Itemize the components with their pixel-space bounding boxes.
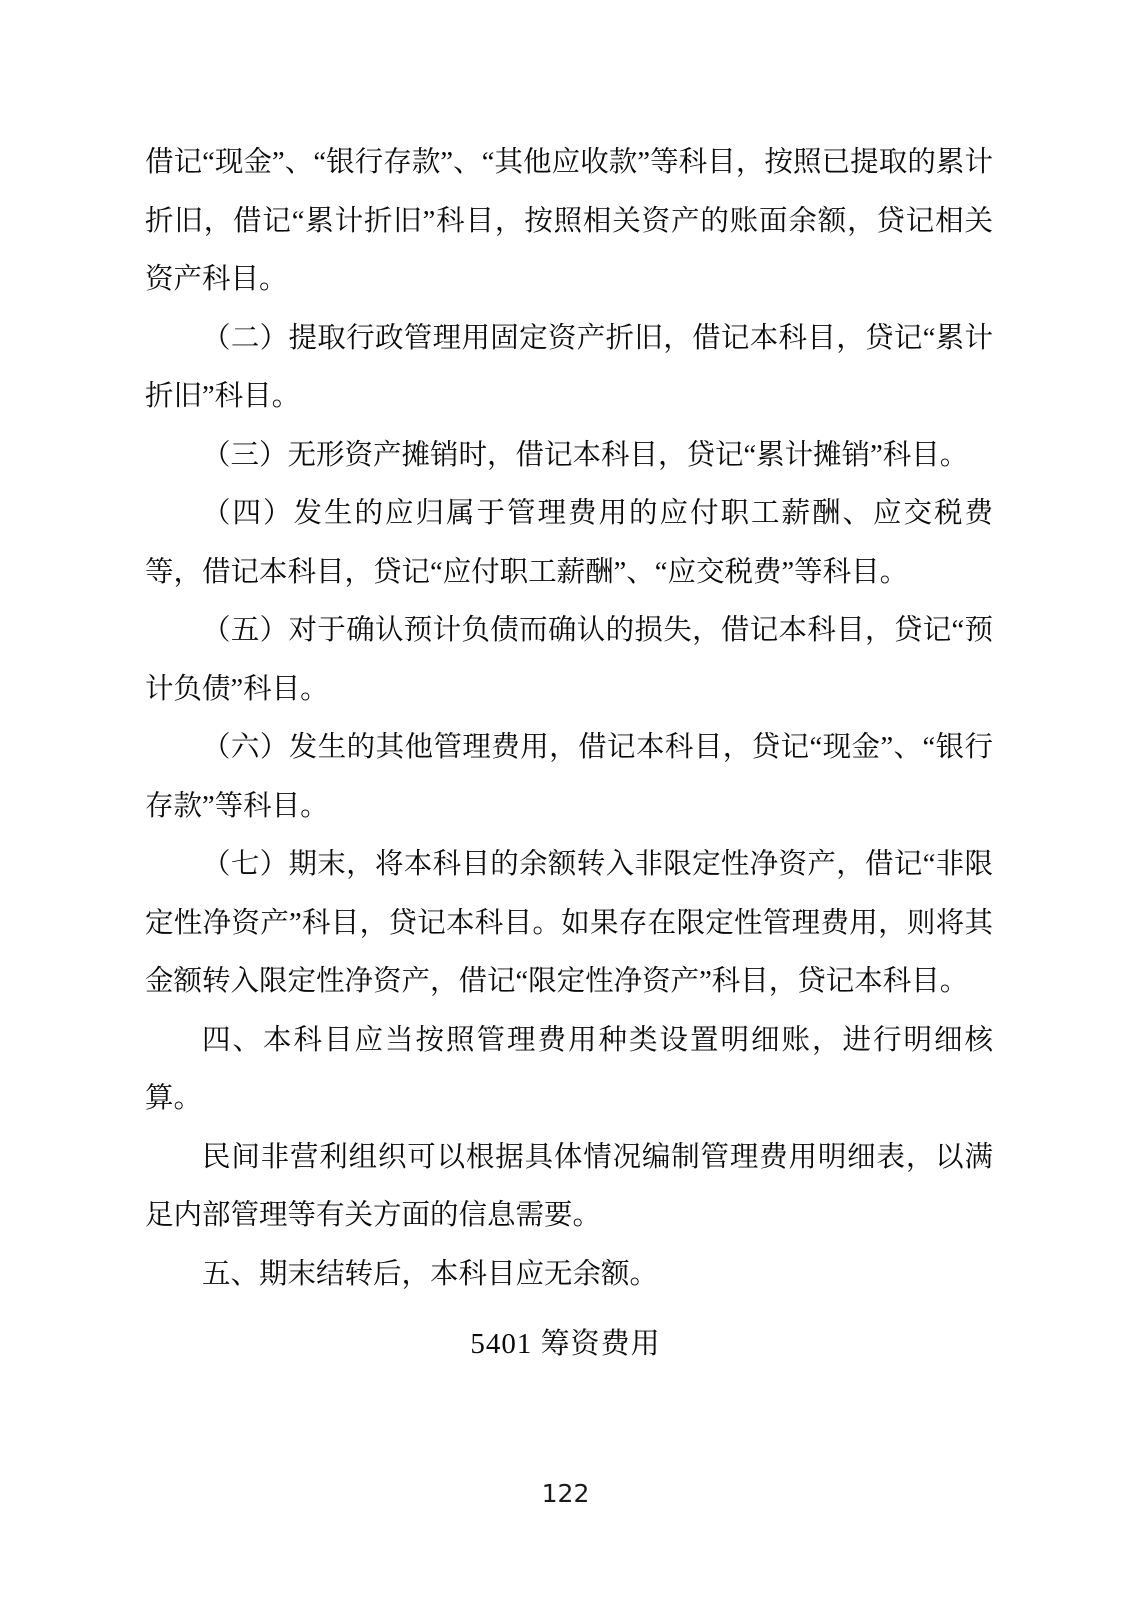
document-page: { "document": { "paragraphs": [ "借记“现金”、… [0, 0, 1131, 1600]
paragraph: 四、本科目应当按照管理费用种类设置明细账，进行明细核算。 [145, 1012, 993, 1129]
paragraph: （五）对于确认预计负债而确认的损失，借记本科目，贷记“预计负债”科目。 [145, 602, 993, 719]
paragraph: （六）发生的其他管理费用，借记本科目，贷记“现金”、“银行存款”等科目。 [145, 719, 993, 836]
paragraph: （二）提取行政管理用固定资产折旧，借记本科目，贷记“累计折旧”科目。 [145, 310, 993, 427]
paragraph: 民间非营利组织可以根据具体情况编制管理费用明细表，以满足内部管理等有关方面的信息… [145, 1129, 993, 1246]
paragraph: 五、期末结转后，本科目应无余额。 [145, 1246, 993, 1305]
paragraph: 借记“现金”、“银行存款”、“其他应收款”等科目，按照已提取的累计折旧，借记“累… [145, 134, 993, 310]
document-body: 借记“现金”、“银行存款”、“其他应收款”等科目，按照已提取的累计折旧，借记“累… [145, 134, 993, 1304]
page-number: 122 [0, 1479, 1131, 1508]
paragraph: （四）发生的应归属于管理费用的应付职工薪酬、应交税费等，借记本科目，贷记“应付职… [145, 485, 993, 602]
paragraph: （七）期末，将本科目的余额转入非限定性净资产，借记“非限定性净资产”科目，贷记本… [145, 836, 993, 1012]
section-heading: 5401 筹资费用 [0, 1321, 1131, 1362]
paragraph: （三）无形资产摊销时，借记本科目，贷记“累计摊销”科目。 [145, 427, 993, 486]
